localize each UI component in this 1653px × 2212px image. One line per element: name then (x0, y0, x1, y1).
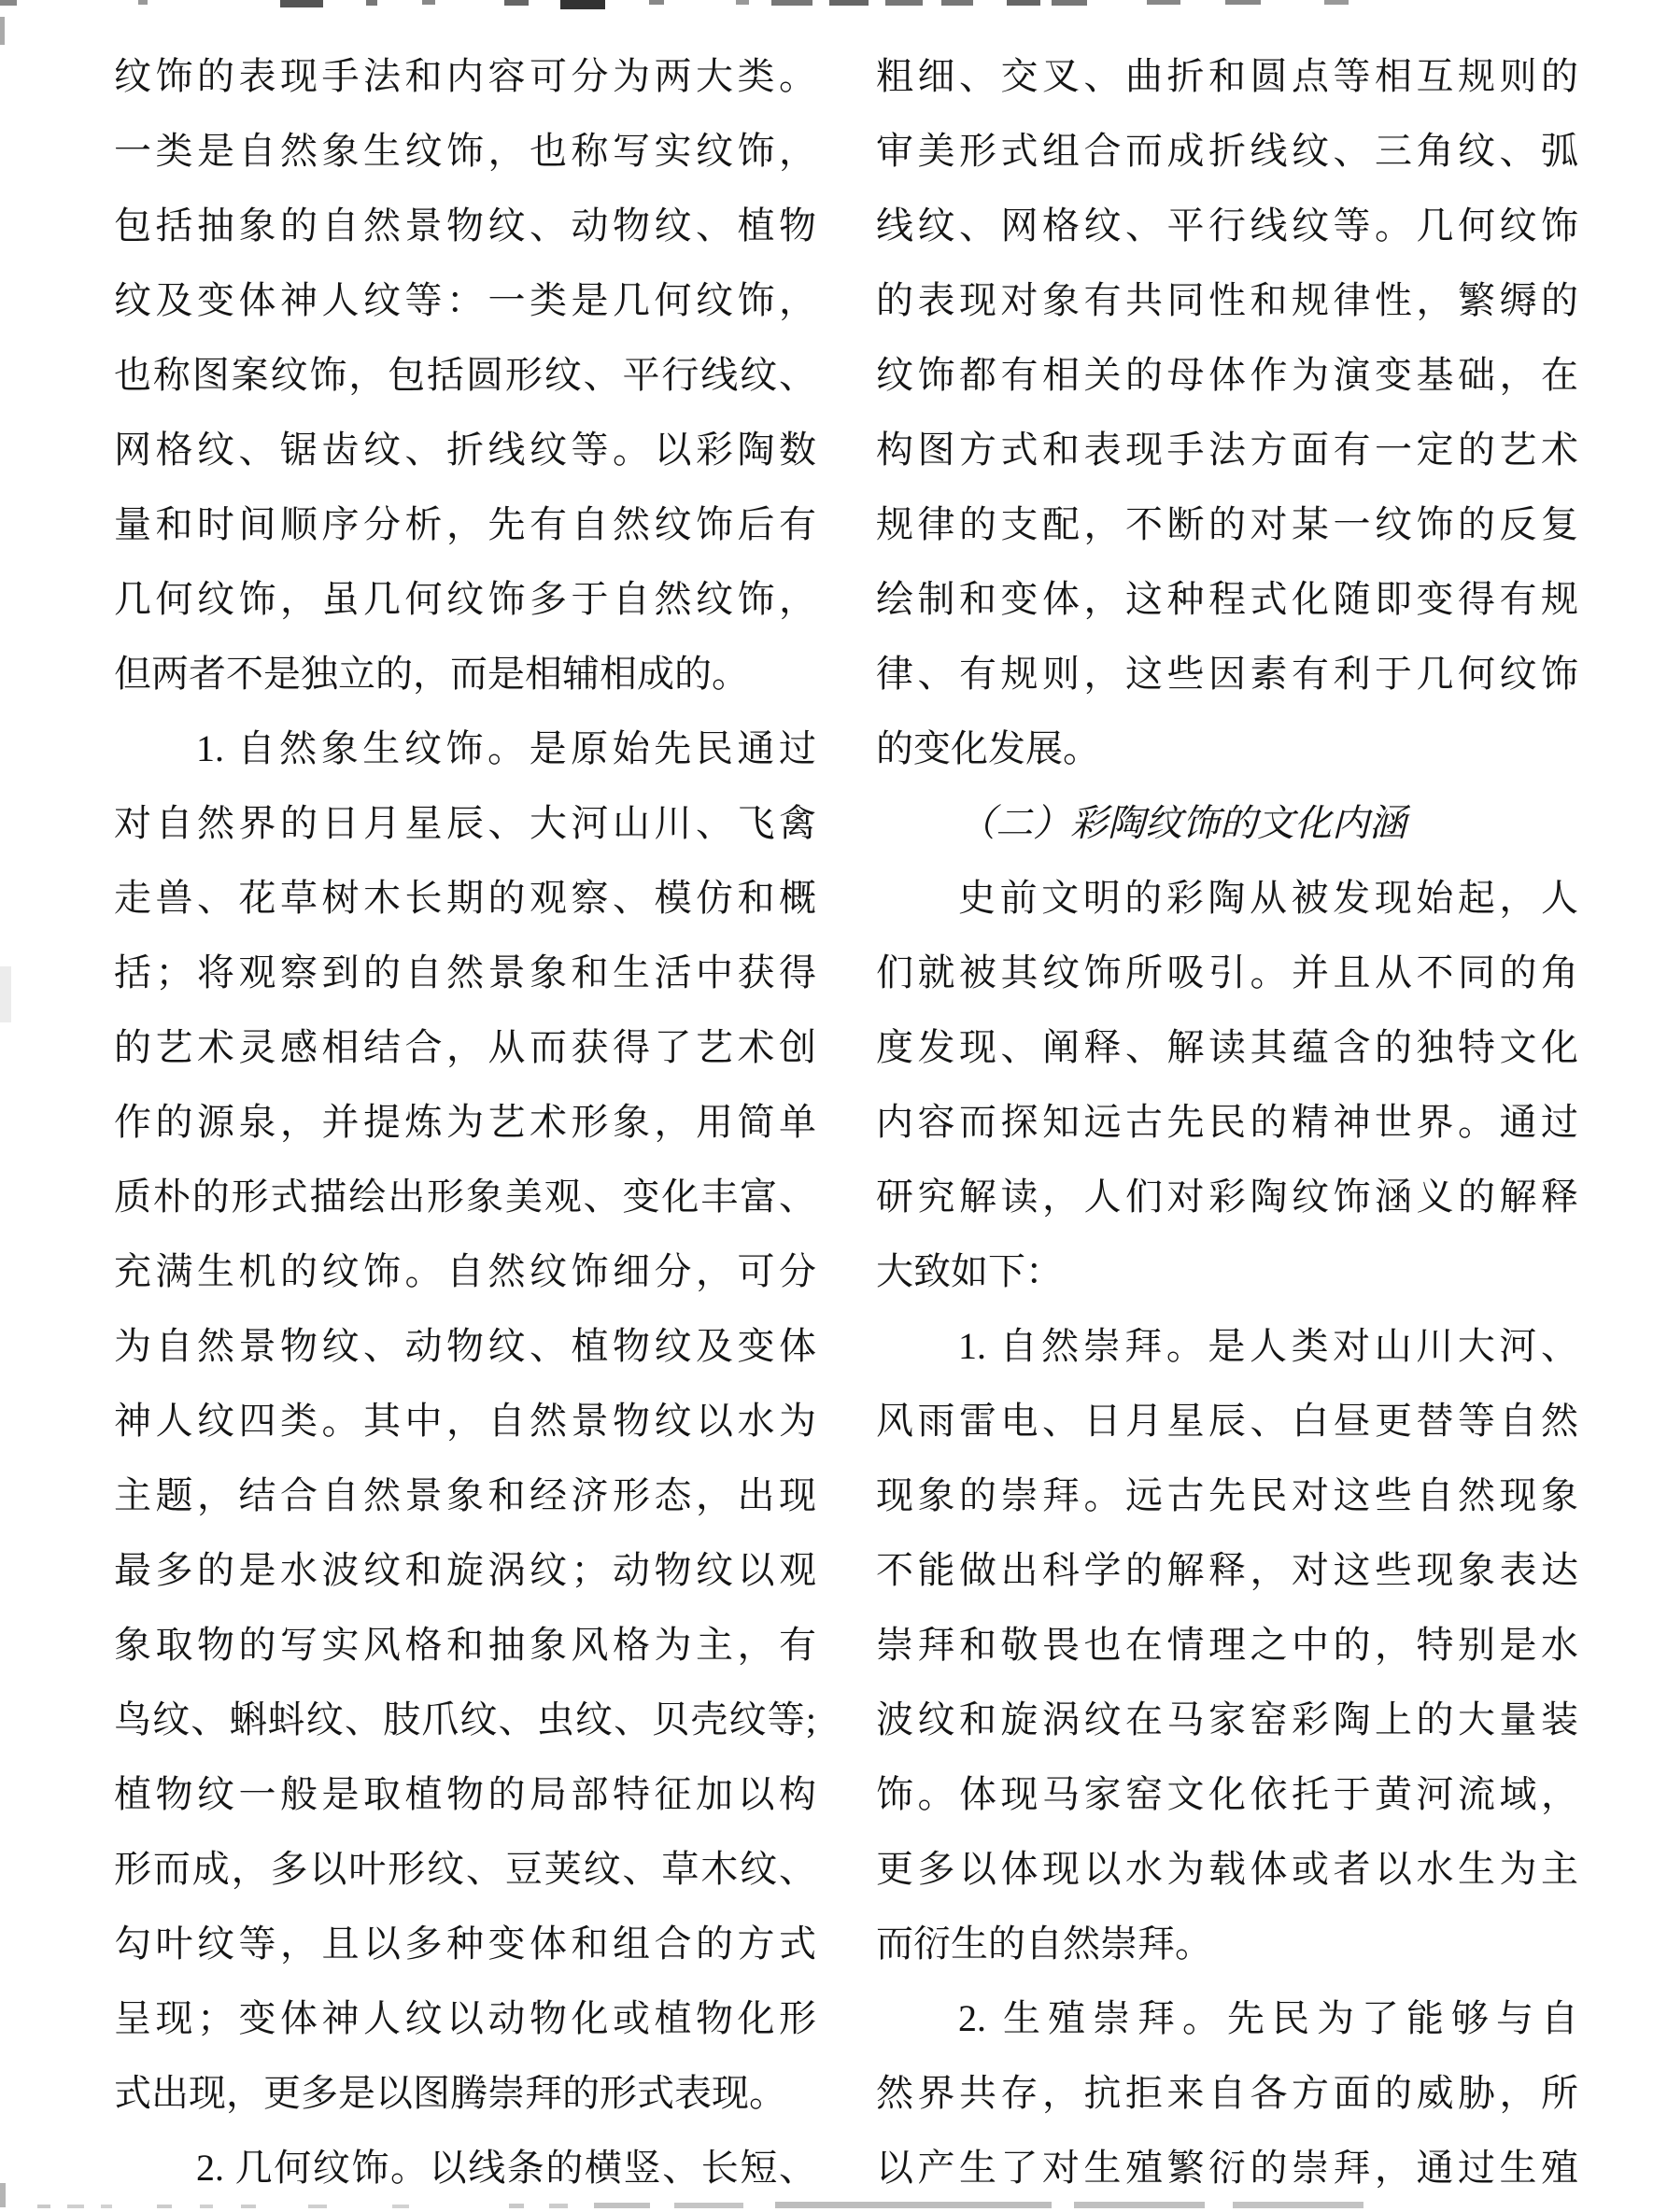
text-line: 括；将观察到的自然景象和生活中获得 (114, 936, 816, 1010)
text-line: 然界共存，抗拒来自各方面的威胁，所 (876, 2056, 1578, 2131)
text-line: 形而成，多以叶形纹、豆荚纹、草木纹、 (114, 1832, 816, 1907)
text-line: 崇拜和敬畏也在情理之中的，特别是水 (876, 1608, 1578, 1683)
text-line: 主题，结合自然景象和经济形态，出现 (114, 1458, 816, 1533)
text-line: 植物纹一般是取植物的局部特征加以构 (114, 1757, 816, 1832)
text-line: 内容而探知远古先民的精神世界。通过 (876, 1085, 1578, 1160)
text-line: 鸟纹、蝌蚪纹、肢爪纹、虫纹、贝壳纹等; (114, 1683, 816, 1757)
scan-artifact (549, 2204, 568, 2208)
scan-artifact (941, 0, 973, 6)
text-line: 神人纹四类。其中，自然景物纹以水为 (114, 1384, 816, 1458)
scan-artifact (0, 17, 5, 45)
text-line: 粗细、交叉、曲折和圆点等相互规则的 (876, 39, 1578, 114)
scan-artifact (1147, 0, 1180, 5)
text-line: 式出现，更多是以图腾崇拜的形式表现。 (114, 2056, 816, 2131)
text-line: 也称图案纹饰，包括圆形纹、平行线纹、 (114, 338, 816, 413)
text-line: 的表现对象有共同性和规律性，繁缛的 (876, 263, 1578, 338)
scan-artifact (829, 0, 869, 6)
text-line: 对自然界的日月星辰、大河山川、飞禽 (114, 786, 816, 861)
text-line: 的变化发展。 (876, 712, 1578, 786)
text-line: 审美形式组合而成折线纹、三角纹、弧 (876, 114, 1578, 189)
scan-artifact (67, 2205, 84, 2208)
scan-artifact (0, 966, 11, 1022)
text-line: 纹及变体神人纹等：一类是几何纹饰， (114, 263, 816, 338)
text-line: 而衍生的自然崇拜。 (876, 1907, 1578, 1981)
scan-artifact (422, 0, 435, 5)
text-line: 网格纹、锯齿纹、折线纹等。以彩陶数 (114, 413, 816, 487)
scan-artifact (200, 2205, 213, 2208)
scan-artifact (560, 0, 605, 9)
scan-artifact (509, 2204, 524, 2208)
scan-artifact (1324, 0, 1349, 5)
text-line: 包括抽象的自然景物纹、动物纹、植物 (114, 189, 816, 263)
text-line: 2. 生殖崇拜。先民为了能够与自 (876, 1981, 1578, 2056)
text-line: 度发现、阐释、解读其蕴含的独特文化 (876, 1010, 1578, 1085)
document-page: 纹饰的表现手法和内容可分为两大类。一类是自然象生纹饰，也称写实纹饰，包括抽象的自… (0, 0, 1653, 2212)
text-line: 风雨雷电、日月星辰、白昼更替等自然 (876, 1384, 1578, 1458)
scan-artifact (775, 2202, 1052, 2208)
text-line: 走兽、花草树木长期的观察、模仿和概 (114, 861, 816, 936)
scan-artifact (771, 0, 812, 6)
text-line: 不能做出科学的解释，对这些现象表达 (876, 1533, 1578, 1608)
text-line: 纹饰都有相关的母体作为演变基础，在 (876, 338, 1578, 413)
text-line: 为自然景物纹、动物纹、植物纹及变体 (114, 1309, 816, 1384)
scan-artifact (1007, 0, 1040, 6)
scan-artifact (1225, 0, 1261, 5)
text-line: 波纹和旋涡纹在马家窑彩陶上的大量装 (876, 1683, 1578, 1757)
text-line: 研究解读，人们对彩陶纹饰涵义的解释 (876, 1160, 1578, 1234)
text-line: 饰。体现马家窑文化依托于黄河流域， (876, 1757, 1578, 1832)
scan-artifact (0, 0, 17, 6)
text-line: 勾叶纹等，且以多种变体和组合的方式 (114, 1907, 816, 1981)
text-column-left: 纹饰的表现手法和内容可分为两大类。一类是自然象生纹饰，也称写实纹饰，包括抽象的自… (114, 39, 816, 2205)
text-line: 构图方式和表现手法方面有一定的艺术 (876, 413, 1578, 487)
text-line: 更多以体现以水为载体或者以水生为主 (876, 1832, 1578, 1907)
text-line: 规律的支配，不断的对某一纹饰的反复 (876, 487, 1578, 562)
text-line: 充满生机的纹饰。自然纹饰细分，可分 (114, 1234, 816, 1309)
text-line: 象取物的写实风格和抽象风格为主，有 (114, 1608, 816, 1683)
scan-artifact (504, 0, 529, 6)
text-line: 绘制和变体，这种程式化随即变得有规 (876, 562, 1578, 637)
scan-artifact (0, 2183, 6, 2207)
scan-artifact (649, 0, 664, 5)
text-line: 1. 自然崇拜。是人类对山川大河、 (876, 1309, 1578, 1384)
text-line: 大致如下： (876, 1234, 1578, 1309)
text-line: 们就被其纹饰所吸引。并且从不同的角 (876, 936, 1578, 1010)
scan-artifact (1052, 0, 1087, 6)
text-line: 但两者不是独立的，而是相辅相成的。 (114, 637, 816, 712)
scan-artifact (392, 2205, 409, 2208)
scan-artifact (101, 2205, 112, 2208)
text-line: 1. 自然象生纹饰。是原始先民通过 (114, 712, 816, 786)
scan-artifact (1233, 2202, 1363, 2208)
scan-artifact (241, 2205, 256, 2208)
scan-artifact (138, 0, 148, 5)
scan-artifact (37, 2205, 50, 2208)
text-line: 以产生了对生殖繁衍的崇拜，通过生殖 (876, 2131, 1578, 2205)
text-line: 线纹、网格纹、平行线纹等。几何纹饰 (876, 189, 1578, 263)
text-line: 的艺术灵感相结合，从而获得了艺术创 (114, 1010, 816, 1085)
section-heading-line: （二）彩陶纹饰的文化内涵 (876, 786, 1578, 861)
text-line: 一类是自然象生纹饰，也称写实纹饰， (114, 114, 816, 189)
text-line: 律、有规则，这些因素有利于几何纹饰 (876, 637, 1578, 712)
scan-artifact (885, 0, 923, 6)
text-line: 质朴的形式描绘出形象美观、变化丰富、 (114, 1160, 816, 1234)
scan-artifact (594, 2203, 650, 2208)
text-line: 史前文明的彩陶从被发现始起，人 (876, 861, 1578, 936)
scan-artifact (366, 0, 377, 6)
text-column-right: 粗细、交叉、曲折和圆点等相互规则的审美形式组合而成折线纹、三角纹、弧线纹、网格纹… (876, 39, 1578, 2205)
scan-artifact (308, 2205, 327, 2208)
text-line: 纹饰的表现手法和内容可分为两大类。 (114, 39, 816, 114)
text-line: 现象的崇拜。远古先民对这些自然现象 (876, 1458, 1578, 1533)
scan-artifact (674, 2203, 743, 2208)
scan-artifact (1074, 2202, 1205, 2208)
text-line: 作的源泉，并提炼为艺术形象，用简单 (114, 1085, 816, 1160)
scan-artifact (736, 0, 749, 5)
text-line: 呈现；变体神人纹以动物化或植物化形 (114, 1981, 816, 2056)
text-line: 几何纹饰，虽几何纹饰多于自然纹饰， (114, 562, 816, 637)
text-line: 2. 几何纹饰。以线条的横竖、长短、 (114, 2131, 816, 2205)
text-line: 量和时间顺序分析，先有自然纹饰后有 (114, 487, 816, 562)
scan-artifact (280, 0, 323, 7)
scan-artifact (157, 2205, 172, 2208)
text-line: 最多的是水波纹和旋涡纹；动物纹以观 (114, 1533, 816, 1608)
